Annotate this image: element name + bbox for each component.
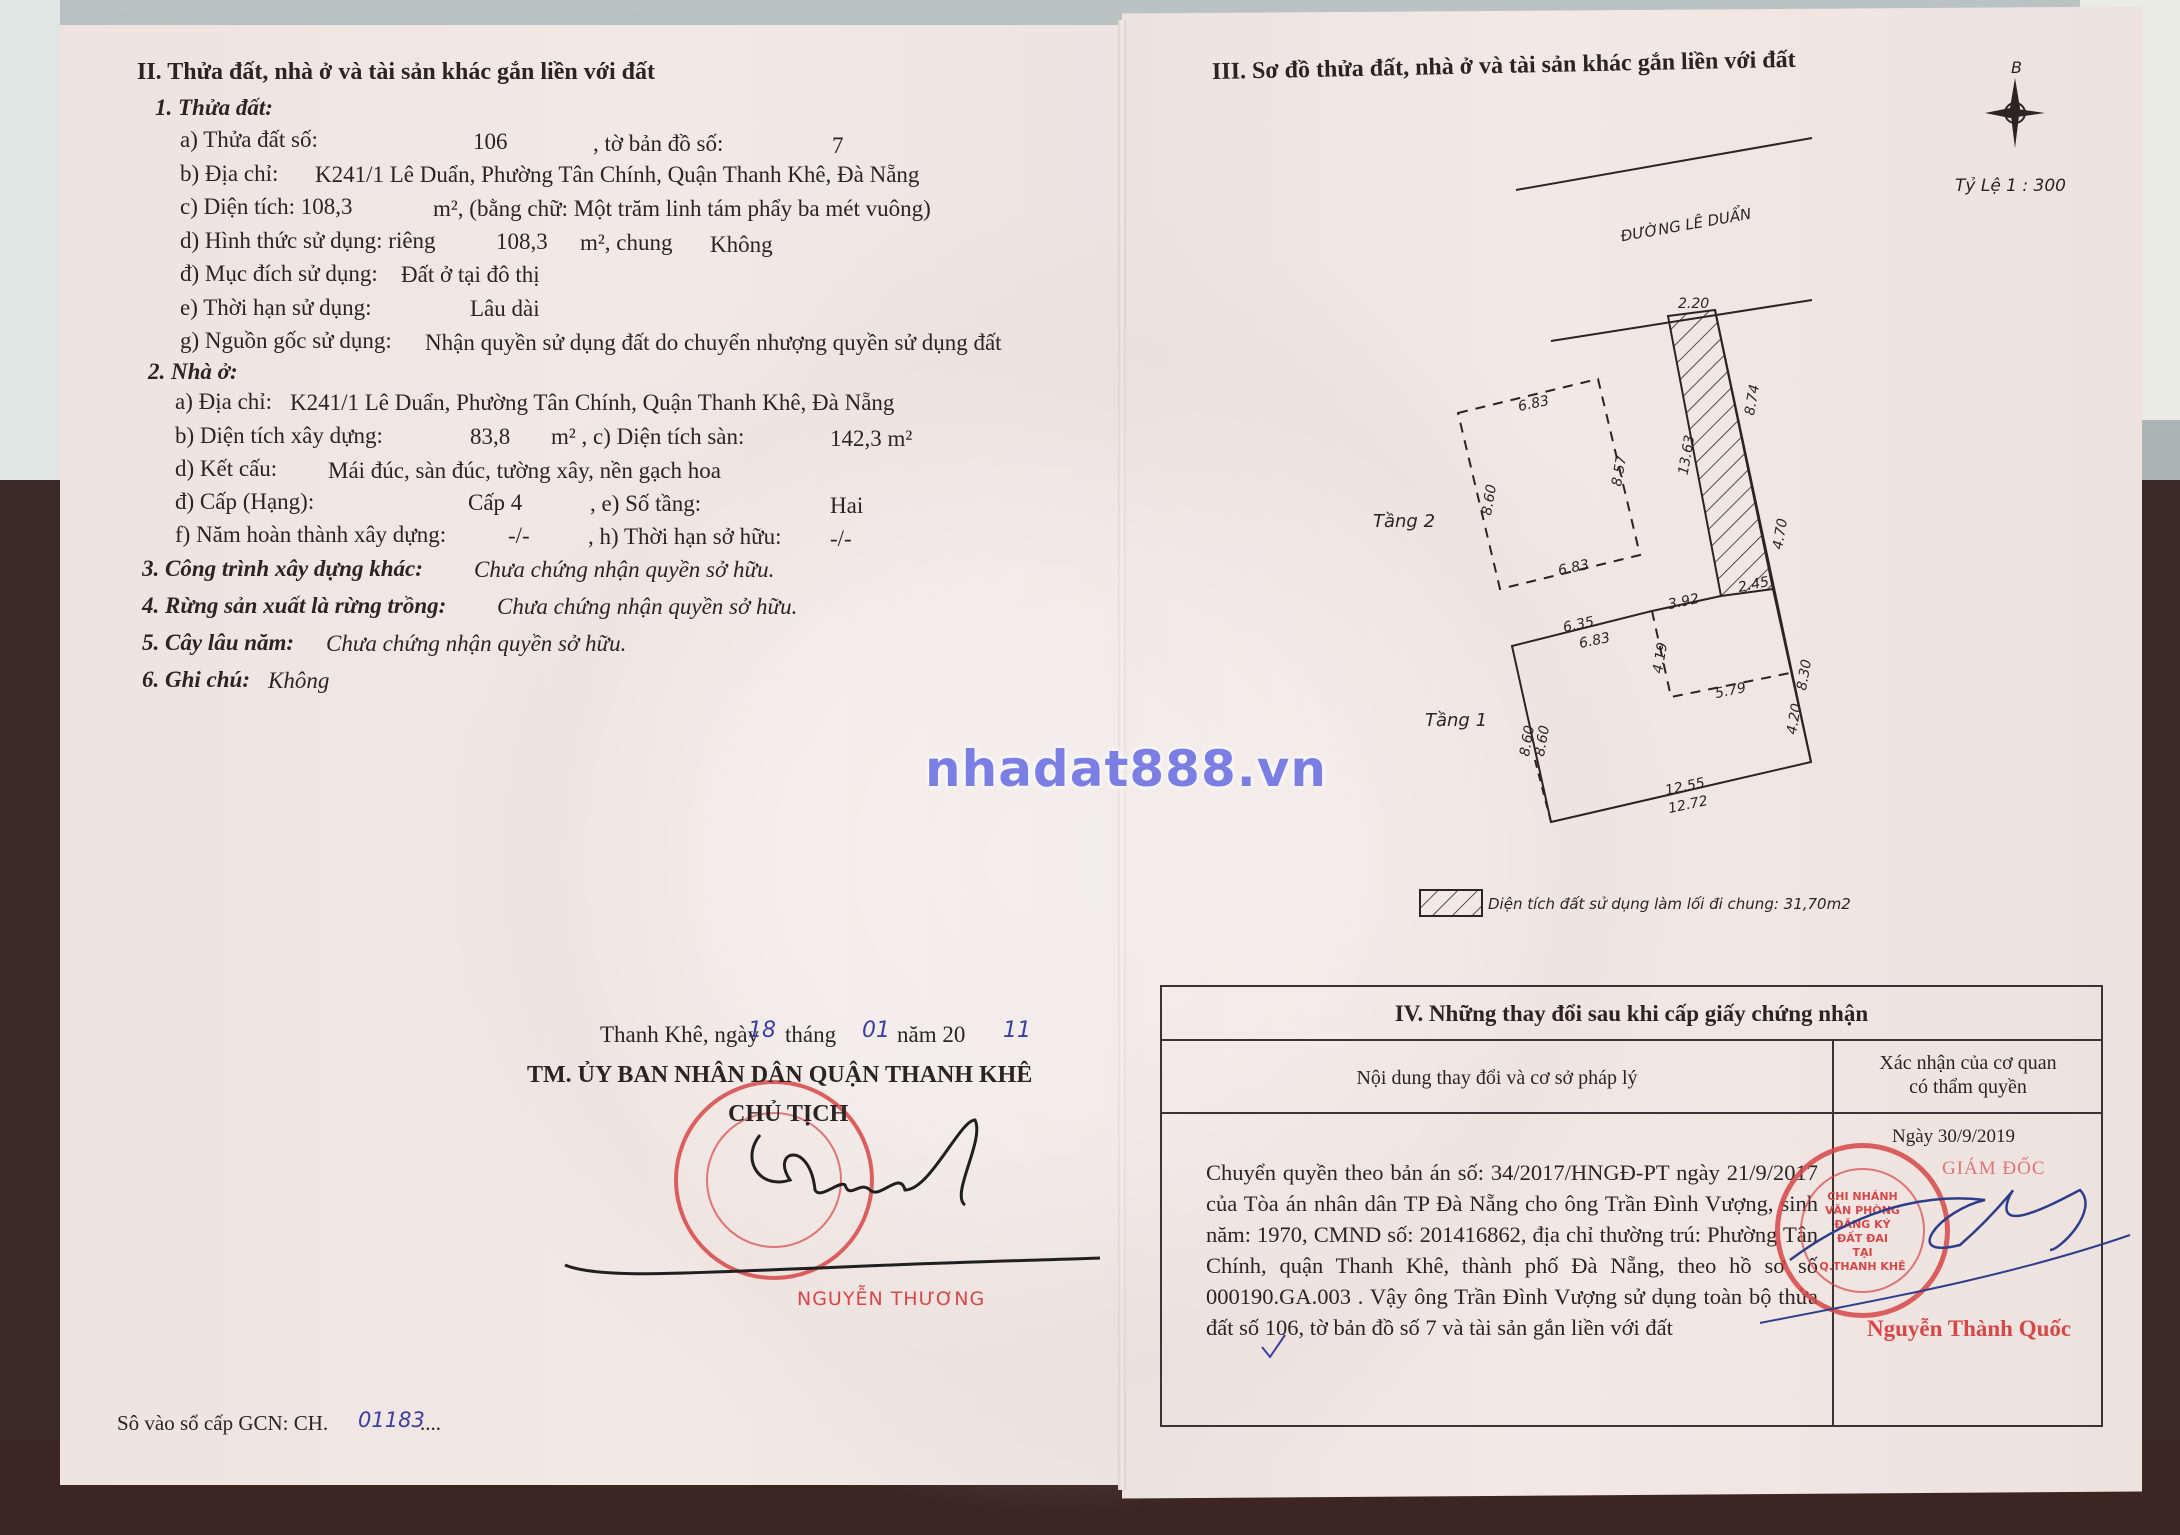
director-signature xyxy=(0,0,2180,1535)
